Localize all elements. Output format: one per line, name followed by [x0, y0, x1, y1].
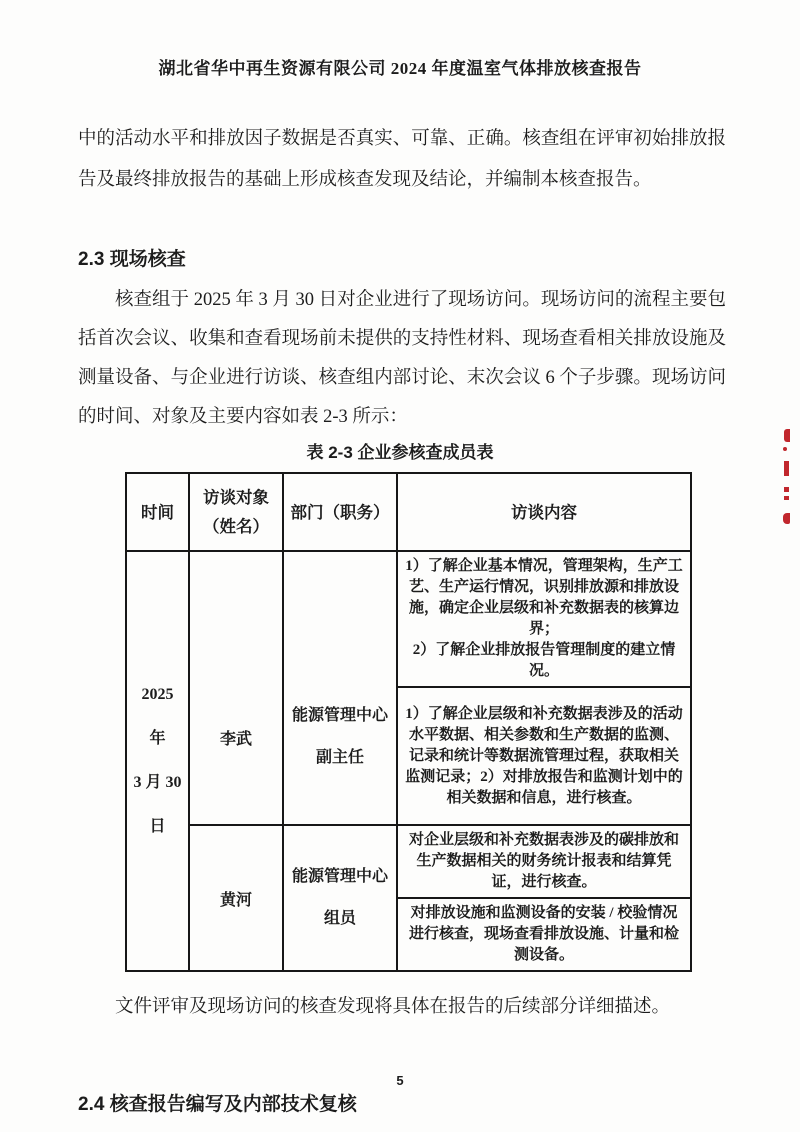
- cell-content-row1: 1）了解企业基本情况，管理架构，生产工艺、生产运行情况，识别排放源和排放设施，确…: [397, 551, 691, 687]
- header-cell-department: 部门（职务）: [283, 473, 397, 551]
- dept-line2: 组员: [289, 898, 391, 940]
- interview-members-table: 时间 访谈对象 （姓名） 部门（职务） 访谈内容 2025 年 3 月 30 日…: [125, 472, 692, 972]
- dept-line1: 能源管理中心: [289, 856, 391, 898]
- section-2-3-heading: 2.3 现场核查: [78, 247, 726, 273]
- paragraph-continuation: 中的活动水平和排放因子数据是否真实、可靠、正确。核查组在评审初始排放报告及最终排…: [78, 119, 726, 201]
- table-row: 2025 年 3 月 30 日 李武 能源管理中心 副主任 1）了解企业基本情况…: [126, 551, 691, 687]
- red-mark-icon: [783, 513, 790, 524]
- red-mark-icon: [784, 429, 790, 442]
- header-cell-content: 访谈内容: [397, 473, 691, 551]
- red-mark-icon: [783, 447, 787, 451]
- cell-dept-huanghe: 能源管理中心 组员: [283, 825, 397, 971]
- table-header-row: 时间 访谈对象 （姓名） 部门（职务） 访谈内容: [126, 473, 691, 551]
- scanned-report-page: { "document": { "header_title": "湖北省华中再生…: [0, 0, 800, 1132]
- table-row: 黄河 能源管理中心 组员 对企业层级和补充数据表涉及的碳排放和生产数据相关的财务…: [126, 825, 691, 898]
- section-2-3-paragraph: 核查组于 2025 年 3 月 30 日对企业进行了现场访问。现场访问的流程主要…: [78, 281, 726, 437]
- content-row1-item2: 2）了解企业排放报告管理制度的建立情况。: [405, 640, 683, 682]
- time-line2: 3 月 30: [132, 761, 183, 805]
- header-cell-time: 时间: [126, 473, 189, 551]
- cell-time: 2025 年 3 月 30 日: [126, 551, 189, 971]
- page-number: 5: [0, 1073, 800, 1088]
- header-interviewee-line2: （姓名）: [195, 512, 277, 541]
- section-2-4-heading: 2.4 核查报告编写及内部技术复核: [78, 1092, 726, 1118]
- time-line3: 日: [132, 805, 183, 849]
- header-cell-interviewee: 访谈对象 （姓名）: [189, 473, 283, 551]
- red-mark-icon: [784, 496, 789, 500]
- report-header-title: 湖北省华中再生资源有限公司 2024 年度温室气体排放核查报告: [0, 0, 800, 83]
- dept-line1: 能源管理中心: [289, 695, 391, 737]
- time-line1: 2025 年: [132, 673, 183, 761]
- cell-name-huanghe: 黄河: [189, 825, 283, 971]
- cell-content-row3: 对企业层级和补充数据表涉及的碳排放和生产数据相关的财务统计报表和结算凭证，进行核…: [397, 825, 691, 898]
- cell-content-row4: 对排放设施和监测设备的安装 / 校验情况进行核查，现场查看排放设施、计量和检测设…: [397, 898, 691, 971]
- header-interviewee-line1: 访谈对象: [195, 483, 277, 512]
- dept-line2: 副主任: [289, 737, 391, 779]
- table-caption: 表 2-3 企业参核查成员表: [0, 441, 800, 465]
- content-row1-item1: 1）了解企业基本情况，管理架构，生产工艺、生产运行情况，识别排放源和排放设施，确…: [405, 556, 683, 640]
- cell-name-liwu: 李武: [189, 551, 283, 825]
- cell-content-row2: 1）了解企业层级和补充数据表涉及的活动水平数据、相关参数和生产数据的监测、记录和…: [397, 687, 691, 825]
- after-table-paragraph: 文件评审及现场访问的核查发现将具体在报告的后续部分详细描述。: [78, 987, 726, 1028]
- cell-dept-liwu: 能源管理中心 副主任: [283, 551, 397, 825]
- red-mark-icon: [784, 487, 789, 492]
- red-mark-icon: [784, 461, 789, 476]
